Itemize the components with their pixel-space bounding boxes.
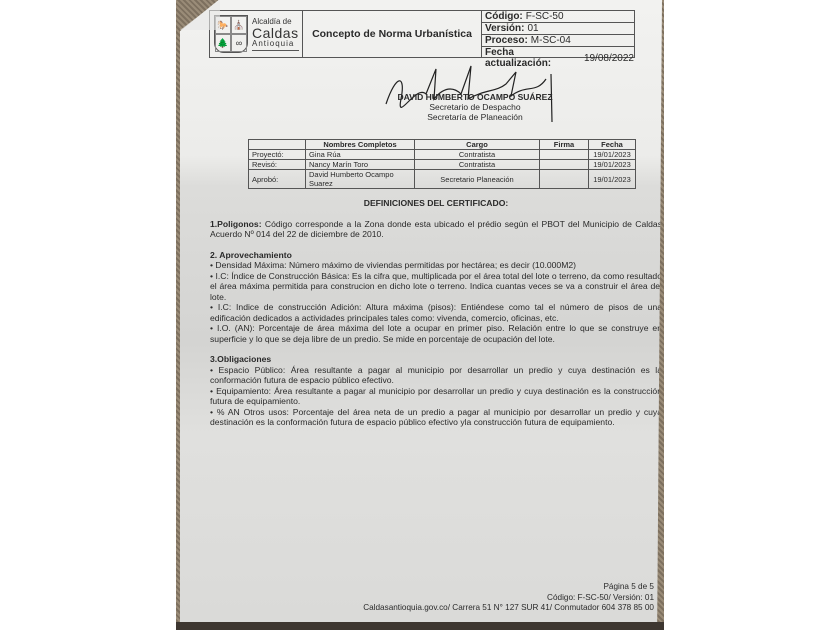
table-row: Aprobó: David Humberto Ocampo Suarez Sec… (249, 170, 636, 189)
definitions-section: DEFINICIONES DEL CERTIFICADO: 1.Poligono… (210, 198, 662, 428)
footer-contact: Caldasantioquia.gov.co/ Carrera 51 N° 12… (363, 603, 654, 614)
definitions-title: DEFINICIONES DEL CERTIFICADO: (210, 198, 662, 209)
list-item: • I.O. (AN): Porcentaje de área máxima d… (210, 323, 662, 344)
section-polygons: 1.Poligonos: Código corresponde a la Zon… (210, 219, 662, 240)
document-meta: Código:F-SC-50 Versión:01 Proceso:M-SC-0… (482, 11, 634, 57)
municipality-logo: 🐎 ⛪ 🌲 ∞ Alcaldía de Caldas Antioquia (210, 11, 303, 57)
list-item: • I.C: Índice de Construcción Básica: Es… (210, 271, 662, 303)
section-heading-obligaciones: 3.Obligaciones (210, 354, 271, 364)
document-photo: 🐎 ⛪ 🌲 ∞ Alcaldía de Caldas Antioquia Con… (176, 0, 664, 630)
signatory-role: Secretario de Despacho (380, 102, 570, 112)
signature-cell (540, 160, 589, 170)
page-footer: Página 5 de 5 Código: F-SC-50/ Versión: … (363, 582, 654, 614)
table-row: Proyectó: Gina Rúa Contratista 19/01/202… (249, 150, 636, 160)
footer-code: Código: F-SC-50/ Versión: 01 (363, 593, 654, 604)
list-item: • Equipamiento: Área resultante a pagar … (210, 386, 662, 407)
signatory-name: DAVID HUMBERTO OCAMPO SUÁREZ (380, 92, 570, 102)
document-header: 🐎 ⛪ 🌲 ∞ Alcaldía de Caldas Antioquia Con… (209, 10, 635, 58)
meta-version: Versión:01 (482, 23, 634, 35)
document-title: Concepto de Norma Urbanística (303, 11, 482, 57)
meta-code: Código:F-SC-50 (482, 11, 634, 23)
signature-cell (540, 170, 589, 189)
list-item: • Espacio Público: Área resultante a pag… (210, 365, 662, 386)
logo-line-3: Antioquia (252, 40, 299, 51)
signature-cell (540, 150, 589, 160)
signatory-block: DAVID HUMBERTO OCAMPO SUÁREZ Secretario … (380, 92, 570, 122)
bottom-edge (176, 622, 664, 630)
review-table: Nombres Completos Cargo Firma Fecha Proy… (248, 139, 636, 189)
page-number: Página 5 de 5 (363, 582, 654, 593)
list-item: • I.C: Indice de construcción Adición: A… (210, 302, 662, 323)
signatory-office: Secretaría de Planeación (380, 112, 570, 122)
paper-sheet: 🐎 ⛪ 🌲 ∞ Alcaldía de Caldas Antioquia Con… (180, 0, 662, 622)
table-row: Revisó: Nancy Marín Toro Contratista 19/… (249, 160, 636, 170)
section-heading-aprovechamiento: 2. Aprovechamiento (210, 250, 292, 260)
list-item: • % AN Otros usos: Porcentaje del área n… (210, 407, 662, 428)
list-item: • Densidad Máxima: Número máximo de vivi… (210, 260, 662, 271)
logo-line-2: Caldas (252, 26, 299, 40)
meta-process: Proceso:M-SC-04 (482, 35, 634, 47)
